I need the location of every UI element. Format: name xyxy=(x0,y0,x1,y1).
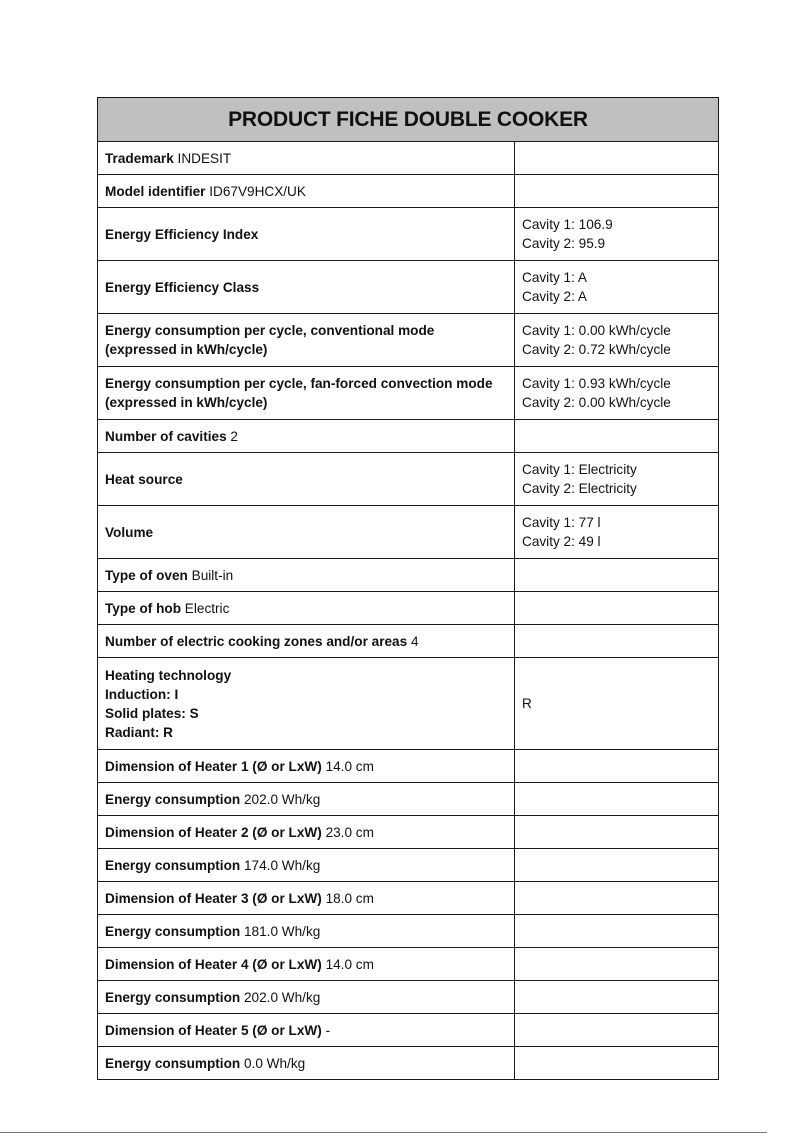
field-inline-value: 14.0 cm xyxy=(326,759,374,774)
field-label-cell: Type of hob Electric xyxy=(98,592,515,625)
field-label: Energy consumption xyxy=(105,792,240,807)
field-value: Cavity 2: A xyxy=(522,287,711,306)
field-label-cell: Heat source xyxy=(98,453,515,506)
table-row: Energy consumption 0.0 Wh/kg xyxy=(98,1047,719,1080)
field-label-cell: Number of electric cooking zones and/or … xyxy=(98,625,515,658)
table-row: Dimension of Heater 5 (Ø or LxW) - xyxy=(98,1014,719,1047)
table-row: Energy Efficiency IndexCavity 1: 106.9Ca… xyxy=(98,208,719,261)
field-value-cell: Cavity 1: ACavity 2: A xyxy=(515,261,719,314)
field-label-cell: Energy consumption 202.0 Wh/kg xyxy=(98,981,515,1014)
field-label-cell: Dimension of Heater 4 (Ø or LxW) 14.0 cm xyxy=(98,948,515,981)
field-value-cell xyxy=(515,816,719,849)
table-row: Number of electric cooking zones and/or … xyxy=(98,625,719,658)
table-row: Heating technologyInduction: ISolid plat… xyxy=(98,658,719,750)
field-label-cell: Energy consumption 0.0 Wh/kg xyxy=(98,1047,515,1080)
field-label: Energy consumption xyxy=(105,924,240,939)
field-value-cell xyxy=(515,592,719,625)
field-value: Cavity 2: 49 l xyxy=(522,532,711,551)
field-value: R xyxy=(522,694,711,713)
field-value-cell: Cavity 1: 0.00 kWh/cycleCavity 2: 0.72 k… xyxy=(515,314,719,367)
field-label-cell: Heating technologyInduction: ISolid plat… xyxy=(98,658,515,750)
table-row: Energy consumption 202.0 Wh/kg xyxy=(98,783,719,816)
field-label: Number of electric cooking zones and/or … xyxy=(105,634,407,649)
table-row: Model identifier ID67V9HCX/UK xyxy=(98,175,719,208)
field-inline-value: 202.0 Wh/kg xyxy=(244,792,320,807)
table-row: Energy consumption 202.0 Wh/kg xyxy=(98,981,719,1014)
field-value-cell: Cavity 1: ElectricityCavity 2: Electrici… xyxy=(515,453,719,506)
field-label: Solid plates: S xyxy=(105,704,507,723)
field-label-cell: Dimension of Heater 1 (Ø or LxW) 14.0 cm xyxy=(98,750,515,783)
field-label-cell: Volume xyxy=(98,506,515,559)
field-label-cell: Type of oven Built-in xyxy=(98,559,515,592)
title-row: PRODUCT FICHE DOUBLE COOKER xyxy=(98,98,719,142)
field-value-cell xyxy=(515,948,719,981)
table-row: Energy consumption per cycle, convention… xyxy=(98,314,719,367)
table-row: Energy consumption per cycle, fan-forced… xyxy=(98,367,719,420)
field-label: Dimension of Heater 1 (Ø or LxW) xyxy=(105,759,322,774)
field-value-cell xyxy=(515,849,719,882)
field-label: Dimension of Heater 4 (Ø or LxW) xyxy=(105,957,322,972)
field-inline-value: 174.0 Wh/kg xyxy=(244,858,320,873)
field-label: Type of hob xyxy=(105,601,181,616)
fiche-body: Trademark INDESITModel identifier ID67V9… xyxy=(98,142,719,1080)
field-inline-value: 14.0 cm xyxy=(326,957,374,972)
field-value-cell xyxy=(515,175,719,208)
field-label: Energy Efficiency Index xyxy=(105,227,258,242)
field-value: Cavity 1: 0.93 kWh/cycle xyxy=(522,374,711,393)
table-row: Dimension of Heater 4 (Ø or LxW) 14.0 cm xyxy=(98,948,719,981)
field-value-cell: R xyxy=(515,658,719,750)
field-inline-value: Electric xyxy=(185,601,230,616)
field-inline-value: Built-in xyxy=(192,568,234,583)
field-value-cell xyxy=(515,981,719,1014)
field-label-cell: Energy consumption 181.0 Wh/kg xyxy=(98,915,515,948)
field-label-cell: Energy consumption 174.0 Wh/kg xyxy=(98,849,515,882)
field-inline-value: ID67V9HCX/UK xyxy=(209,184,306,199)
table-row: Dimension of Heater 1 (Ø or LxW) 14.0 cm xyxy=(98,750,719,783)
field-value: Cavity 2: 0.72 kWh/cycle xyxy=(522,340,711,359)
field-label: (expressed in kWh/cycle) xyxy=(105,393,507,412)
field-label-cell: Energy consumption per cycle, convention… xyxy=(98,314,515,367)
field-label-cell: Dimension of Heater 5 (Ø or LxW) - xyxy=(98,1014,515,1047)
field-label-cell: Number of cavities 2 xyxy=(98,420,515,453)
field-label-cell: Energy consumption 202.0 Wh/kg xyxy=(98,783,515,816)
field-label: Dimension of Heater 2 (Ø or LxW) xyxy=(105,825,322,840)
field-label: Volume xyxy=(105,525,153,540)
field-value-cell xyxy=(515,420,719,453)
field-value-cell xyxy=(515,559,719,592)
field-label: Energy consumption per cycle, convention… xyxy=(105,321,507,340)
table-row: VolumeCavity 1: 77 lCavity 2: 49 l xyxy=(98,506,719,559)
field-label: Trademark xyxy=(105,151,174,166)
page-bottom-rule xyxy=(0,1132,767,1133)
table-row: Heat sourceCavity 1: ElectricityCavity 2… xyxy=(98,453,719,506)
field-label: Dimension of Heater 5 (Ø or LxW) xyxy=(105,1023,322,1038)
table-row: Type of hob Electric xyxy=(98,592,719,625)
field-label: Model identifier xyxy=(105,184,205,199)
field-inline-value: - xyxy=(326,1023,331,1038)
field-inline-value: 0.0 Wh/kg xyxy=(244,1056,305,1071)
field-inline-value: 202.0 Wh/kg xyxy=(244,990,320,1005)
field-inline-value: 4 xyxy=(411,634,419,649)
field-value-cell xyxy=(515,1047,719,1080)
field-label: Number of cavities xyxy=(105,429,227,444)
field-value-cell xyxy=(515,882,719,915)
field-value: Cavity 1: Electricity xyxy=(522,460,711,479)
field-label: Energy consumption xyxy=(105,1056,240,1071)
table-row: Energy consumption 174.0 Wh/kg xyxy=(98,849,719,882)
document-title: PRODUCT FICHE DOUBLE COOKER xyxy=(98,98,719,142)
field-value-cell: Cavity 1: 106.9Cavity 2: 95.9 xyxy=(515,208,719,261)
field-value-cell xyxy=(515,750,719,783)
field-label: (expressed in kWh/cycle) xyxy=(105,340,507,359)
field-value: Cavity 1: 77 l xyxy=(522,513,711,532)
field-label: Dimension of Heater 3 (Ø or LxW) xyxy=(105,891,322,906)
table-row: Dimension of Heater 2 (Ø or LxW) 23.0 cm xyxy=(98,816,719,849)
field-label-cell: Dimension of Heater 2 (Ø or LxW) 23.0 cm xyxy=(98,816,515,849)
field-label: Energy consumption xyxy=(105,858,240,873)
field-label: Heating technology xyxy=(105,666,507,685)
field-label: Energy consumption xyxy=(105,990,240,1005)
field-label: Radiant: R xyxy=(105,723,507,742)
field-value: Cavity 1: 0.00 kWh/cycle xyxy=(522,321,711,340)
field-label: Induction: I xyxy=(105,685,507,704)
field-inline-value: 23.0 cm xyxy=(326,825,374,840)
field-value-cell: Cavity 1: 77 lCavity 2: 49 l xyxy=(515,506,719,559)
table-row: Number of cavities 2 xyxy=(98,420,719,453)
field-label: Heat source xyxy=(105,472,183,487)
field-label-cell: Energy Efficiency Class xyxy=(98,261,515,314)
table-row: Energy Efficiency ClassCavity 1: ACavity… xyxy=(98,261,719,314)
field-value: Cavity 1: A xyxy=(522,268,711,287)
field-label: Energy Efficiency Class xyxy=(105,280,259,295)
field-label: Type of oven xyxy=(105,568,188,583)
product-fiche-table: PRODUCT FICHE DOUBLE COOKER Trademark IN… xyxy=(97,97,719,1080)
field-value-cell xyxy=(515,915,719,948)
field-label-cell: Trademark INDESIT xyxy=(98,142,515,175)
field-inline-value: 181.0 Wh/kg xyxy=(244,924,320,939)
field-value-cell xyxy=(515,625,719,658)
table-row: Type of oven Built-in xyxy=(98,559,719,592)
table-row: Dimension of Heater 3 (Ø or LxW) 18.0 cm xyxy=(98,882,719,915)
field-label-cell: Dimension of Heater 3 (Ø or LxW) 18.0 cm xyxy=(98,882,515,915)
field-value-cell xyxy=(515,783,719,816)
field-inline-value: INDESIT xyxy=(178,151,232,166)
field-inline-value: 2 xyxy=(230,429,238,444)
field-value-cell xyxy=(515,142,719,175)
field-value: Cavity 2: Electricity xyxy=(522,479,711,498)
table-row: Trademark INDESIT xyxy=(98,142,719,175)
field-inline-value: 18.0 cm xyxy=(326,891,374,906)
field-label-cell: Model identifier ID67V9HCX/UK xyxy=(98,175,515,208)
field-value-cell: Cavity 1: 0.93 kWh/cycleCavity 2: 0.00 k… xyxy=(515,367,719,420)
field-label-cell: Energy Efficiency Index xyxy=(98,208,515,261)
field-value: Cavity 1: 106.9 xyxy=(522,215,711,234)
field-value-cell xyxy=(515,1014,719,1047)
table-row: Energy consumption 181.0 Wh/kg xyxy=(98,915,719,948)
field-label: Energy consumption per cycle, fan-forced… xyxy=(105,374,507,393)
field-value: Cavity 2: 95.9 xyxy=(522,234,711,253)
field-value: Cavity 2: 0.00 kWh/cycle xyxy=(522,393,711,412)
field-label-cell: Energy consumption per cycle, fan-forced… xyxy=(98,367,515,420)
